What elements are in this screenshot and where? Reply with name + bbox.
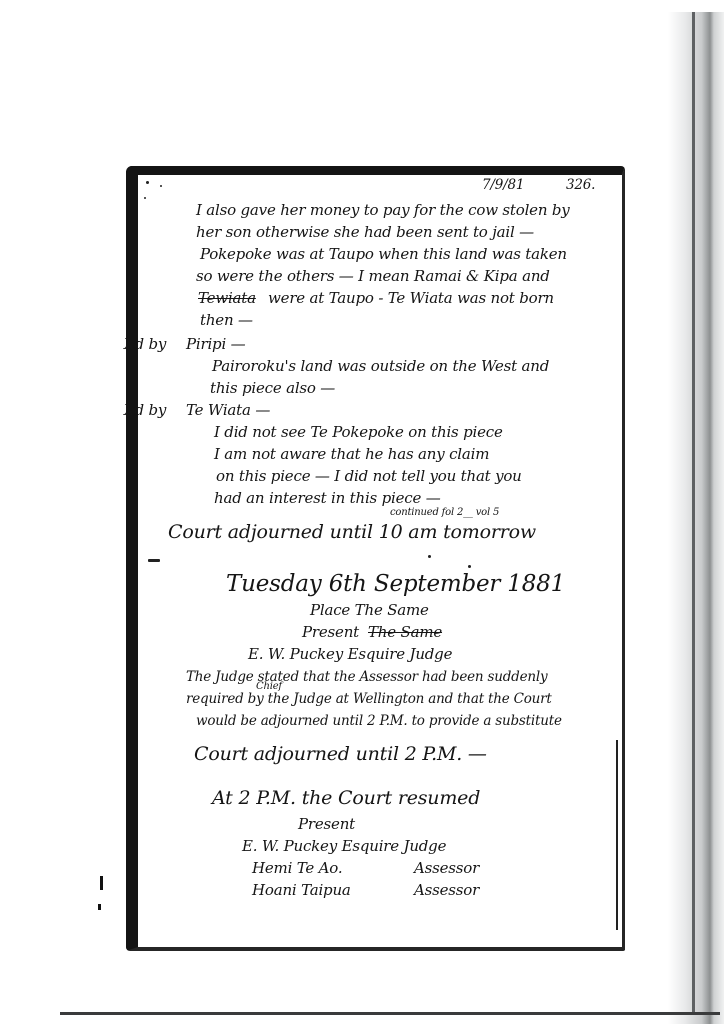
page-edge-line <box>616 740 618 930</box>
text-line: had an interest in this piece — <box>214 489 441 507</box>
judge-line: E. W. Puckey Esquire Judge <box>248 645 452 663</box>
scan-noise <box>146 181 149 184</box>
text-line: would be adjourned until 2 P.M. to provi… <box>196 713 562 729</box>
margin-note: Xd by <box>124 401 166 419</box>
scan-noise <box>144 197 146 199</box>
scan-noise <box>148 559 160 562</box>
assessor-title: Assessor <box>414 859 479 877</box>
page-number: 326. <box>566 177 595 193</box>
scan-noise <box>428 555 431 558</box>
adjournment-line: Court adjourned until 2 P.M. — <box>194 743 487 765</box>
continuation-note: continued fol 2__ vol 5 <box>390 507 499 518</box>
witness-heading: Te Wiata — <box>186 401 270 419</box>
margin-mark <box>98 904 101 910</box>
adjournment-line: Court adjourned until 10 am tomorrow <box>168 521 536 543</box>
struck-text: Tewiata <box>198 289 256 307</box>
present-label: Present <box>298 815 355 833</box>
present-label: Present <box>302 623 359 641</box>
margin-mark <box>100 876 103 890</box>
text-line: her son otherwise she had been sent to j… <box>196 223 534 241</box>
scan-noise <box>468 565 471 568</box>
text-line: Pokepoke was at Taupo when this land was… <box>200 245 567 263</box>
margin-note: Xd by <box>124 335 166 353</box>
binding-shadow <box>668 12 724 1024</box>
assessor-name: Hoani Taipua <box>252 881 351 899</box>
text-line: I did not see Te Pokepoke on this piece <box>214 423 503 441</box>
bottom-edge-rule <box>60 1012 720 1015</box>
scan-noise <box>160 185 162 187</box>
assessor-title: Assessor <box>414 881 479 899</box>
judge-line: E. W. Puckey Esquire Judge <box>242 837 446 855</box>
text-line: I also gave her money to pay for the cow… <box>196 201 570 219</box>
resumed-line: At 2 P.M. the Court resumed <box>212 787 480 809</box>
text-line: on this piece — I did not tell you that … <box>216 467 522 485</box>
text-line: this piece also — <box>210 379 335 397</box>
text-line: then — <box>200 311 253 329</box>
scanned-page: 7/9/81 326. I also gave her money to pay… <box>126 166 625 951</box>
date-heading: Tuesday 6th September 1881 <box>226 571 565 597</box>
assessor-name: Hemi Te Ao. <box>252 859 342 877</box>
folio-date: 7/9/81 <box>482 177 524 193</box>
text-line: were at Taupo - Te Wiata was not born <box>268 289 554 307</box>
binding-line <box>692 12 695 1012</box>
text-line: so were the others — I mean Ramai & Kipa… <box>196 267 550 285</box>
text-line: The Judge stated that the Assessor had b… <box>186 669 547 685</box>
witness-heading: Piripi — <box>186 335 245 353</box>
place-line: Place The Same <box>310 601 429 619</box>
text-line: required by the Judge at Wellington and … <box>186 691 552 707</box>
struck-text: The Same <box>368 623 442 641</box>
text-line: Pairoroku's land was outside on the West… <box>212 357 549 375</box>
text-line: I am not aware that he has any claim <box>214 445 489 463</box>
